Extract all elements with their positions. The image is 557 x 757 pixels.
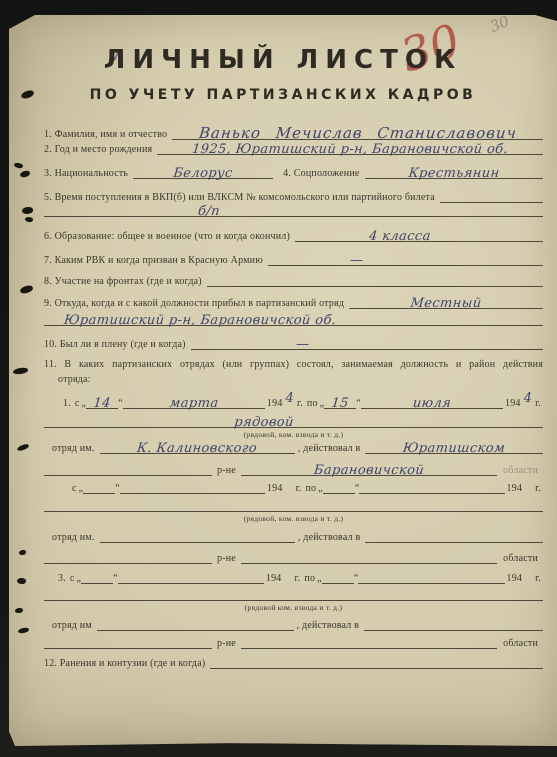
entry2-to-month-line [359, 477, 504, 494]
entry1-from-year-digit: 4 [285, 391, 295, 406]
field-rvk-line: — [268, 249, 543, 266]
entry1-to-month-line: июля [361, 392, 503, 409]
from-word: с [68, 573, 77, 584]
paper-tear-mark [13, 367, 28, 374]
entry1-rayon-leadline [44, 459, 212, 476]
field-fronts-row: 8. Участие на фронтах (где и когда) [44, 271, 543, 287]
entry1-acted-line: Юратишском [365, 437, 543, 454]
entry1-from-day: 14 [93, 396, 112, 411]
entry2-from-day-line [83, 477, 115, 494]
to-word: по [303, 483, 318, 494]
year-prefix: 194 [505, 483, 525, 494]
field-education-label: 6. Образование: общее и военное (что и к… [44, 231, 295, 242]
entry3-oblast-label: области [497, 638, 543, 649]
entry1-rayon-row: р-не Барановичской области [44, 460, 543, 476]
year-suffix: г. [533, 483, 543, 494]
paper-tear-mark [17, 577, 27, 584]
entry1-to-month: июля [412, 396, 452, 411]
year-prefix: 194 [265, 398, 285, 409]
field-party-row2: б/п [44, 201, 543, 217]
entry3-rank-row [44, 585, 543, 601]
field-units-label-line1: 11. В каких партизанских отрядах (или гр… [44, 359, 543, 370]
year-suffix: г. [295, 398, 305, 409]
entry1-to-year-digit: 4 [523, 391, 533, 406]
entry2-rank-caption: (рядовой, ком. взвода и т. д.) [44, 514, 543, 523]
entry2-rayon-label: р-не [212, 553, 241, 564]
field-education-row: 6. Образование: общее и военное (что и к… [44, 226, 543, 242]
field-arrival-label: 9. Откуда, когда и с какой должности при… [44, 298, 349, 309]
to-word: по [302, 573, 317, 584]
year-suffix: г. [533, 398, 543, 409]
field-captivity-line: — [191, 333, 543, 350]
entry3-from-month-line [118, 567, 264, 584]
entry1-rank-line: рядовой [44, 411, 543, 428]
entry2-acted-label: , действовал в [295, 532, 365, 543]
entry2-otryad-row: отряд им. , действовал в [44, 527, 543, 543]
paper-tear-mark [25, 216, 34, 223]
field-nationality-value: Белорус [173, 166, 234, 181]
field-rvk-row: 7. Каким РВК и когда призван в Красную А… [44, 250, 543, 266]
year-prefix: 194 [265, 483, 285, 494]
year-prefix: 194 [505, 573, 525, 584]
field-education-line: 4 класса [295, 225, 543, 242]
year-prefix: 194 [264, 573, 284, 584]
entry3-rayon-leadline [44, 632, 212, 649]
entry3-otryad-row: отряд им , действовал в [44, 615, 543, 631]
field-nationality-label: 3. Национальность [44, 168, 133, 179]
field-rvk-label: 7. Каким РВК и когда призван в Красную А… [44, 255, 268, 266]
entry3-number: 3. [56, 573, 68, 584]
entry2-from-month-line [120, 477, 265, 494]
year-prefix: 194 [503, 398, 523, 409]
entry3-rayon-row: р-не области [44, 633, 543, 649]
entry1-oblast-label: области [497, 465, 543, 476]
from-word: с [70, 483, 79, 494]
entry3-dates-row: 3. с „ “ 194 г. по „ “ 194 г. [44, 568, 543, 584]
entry2-otryad-line [100, 526, 295, 543]
field-nationality-line: Белорус [133, 162, 273, 179]
entry2-rank-line [44, 495, 543, 512]
to-word: по [305, 398, 320, 409]
entry2-rayon-leadline [44, 547, 212, 564]
entry1-dates-row: 1. с „ 14 “ марта 1944 г. по „ 15 “ июля… [44, 393, 543, 409]
entry2-dates-row: с „ “ 194 г. по „ “ 194 г. [44, 478, 543, 494]
field-wounds-line [210, 652, 543, 669]
field-rvk-value: — [350, 253, 365, 268]
entry1-from-month-line: марта [123, 392, 265, 409]
entry2-rayon-line [241, 547, 497, 564]
entry1-rank-row: рядовой [44, 412, 543, 428]
entry2-to-day-line [323, 477, 355, 494]
field-arrival-row: 9. Откуда, когда и с какой должности при… [44, 293, 543, 309]
entry3-to-day-line [322, 567, 354, 584]
field-wounds-label: 12. Ранения и контузии (где и когда) [44, 658, 210, 669]
entry1-to-day: 15 [331, 396, 350, 411]
entry3-to-month-line [358, 567, 504, 584]
entry1-rayon-line: Барановичской [241, 459, 497, 476]
field-nationality-row: 3. Национальность Белорус 4. Соцположени… [44, 163, 543, 179]
entry3-rank-caption: (рядовой ком. взвода и т. д.) [44, 603, 543, 612]
pencil-page-number: 30 [487, 12, 511, 36]
paper-tear-mark [17, 443, 30, 451]
field-birth-label: 2. Год и место рождения [44, 144, 157, 155]
entry1-otryad-row: отряд им. К. Калиновского , действовал в… [44, 438, 543, 454]
entry1-acted-label: , действовал в [295, 443, 365, 454]
field-social-label: 4. Соцположение [273, 168, 364, 179]
field-social-line: Крестьянин [365, 162, 543, 179]
entry1-rank-value: рядовой [233, 415, 294, 430]
entry3-acted-line [364, 614, 543, 631]
field-social-value: Крестьянин [408, 166, 500, 181]
entry1-otryad-line: К. Калиновского [100, 437, 295, 454]
entry1-acted-value: Юратишском [402, 441, 506, 456]
entry1-rayon-label: р-не [212, 465, 241, 476]
entry2-rayon-row: р-не области [44, 548, 543, 564]
entry2-otryad-label: отряд им. [52, 532, 100, 543]
field-birth-line: 1925, Юратишский р-н, Барановичской об. [157, 138, 543, 155]
entry2-acted-line [365, 526, 543, 543]
field-fronts-line [207, 270, 543, 287]
entry3-otryad-line [97, 614, 294, 631]
entry1-rayon-value: Барановичской [313, 463, 425, 478]
from-word: с [73, 398, 82, 409]
field-birth-value: 1925, Юратишский р-н, Барановичской об. [191, 142, 509, 157]
year-suffix: г. [294, 483, 304, 494]
entry1-from-month: марта [169, 396, 220, 411]
paper-tear-mark [19, 550, 26, 555]
field-arrival-value2: Юратишский р-н, Барановичской об. [63, 313, 337, 328]
year-suffix: г. [533, 573, 543, 584]
field-arrival-line2: Юратишский р-н, Барановичской об. [44, 309, 543, 326]
field-captivity-row: 10. Был ли в плену (где и когда) — [44, 334, 543, 350]
paper-tear-mark [22, 207, 33, 214]
form-title: ЛИЧНЫЙ ЛИСТОК [9, 45, 557, 75]
form-subtitle: ПО УЧЕТУ ПАРТИЗАНСКИХ КАДРОВ [9, 87, 557, 103]
field-captivity-label: 10. Был ли в плену (где и когда) [44, 339, 191, 350]
entry3-acted-label: , действовал в [294, 620, 364, 631]
entry3-rayon-label: р-не [212, 638, 241, 649]
entry1-otryad-value: К. Калиновского [136, 441, 258, 456]
scanned-document-page: 30 30 ✓ ЛИЧНЫЙ ЛИСТОК ПО УЧЕТУ ПАРТИЗАНС… [0, 0, 557, 757]
field-arrival-row2: Юратишский р-н, Барановичской об. [44, 310, 543, 326]
paper-tear-mark [18, 627, 30, 633]
entry1-from-day-line: 14 [86, 392, 118, 409]
entry3-rayon-line [241, 632, 497, 649]
entry2-rank-row [44, 496, 543, 512]
field-units-label-line2: отряда: [44, 374, 543, 385]
field-fronts-label: 8. Участие на фронтах (где и когда) [44, 276, 207, 287]
entry3-rank-line [44, 584, 543, 601]
entry2-oblast-label: области [497, 553, 543, 564]
field-arrival-line: Местный [349, 292, 543, 309]
field-party-value: б/п [197, 204, 220, 219]
year-suffix: г. [293, 573, 303, 584]
field-party-line2: б/п [44, 200, 543, 217]
entry1-number: 1. [61, 398, 73, 409]
paper-tear-mark [13, 162, 23, 170]
field-wounds-row: 12. Ранения и контузии (где и когда) [44, 653, 543, 669]
entry3-from-day-line [81, 567, 113, 584]
entry3-otryad-label: отряд им [52, 620, 97, 631]
paper-tear-mark [20, 170, 31, 178]
entry1-to-day-line: 15 [324, 392, 356, 409]
paper-sheet: 30 30 ✓ ЛИЧНЫЙ ЛИСТОК ПО УЧЕТУ ПАРТИЗАНС… [9, 15, 557, 746]
paper-tear-mark [19, 285, 33, 295]
entry1-otryad-label: отряд им. [52, 443, 100, 454]
field-birth-row: 2. Год и место рождения 1925, Юратишский… [44, 139, 543, 155]
field-education-value: 4 класса [369, 229, 432, 244]
field-captivity-value: — [296, 337, 311, 352]
paper-tear-mark [15, 608, 23, 613]
